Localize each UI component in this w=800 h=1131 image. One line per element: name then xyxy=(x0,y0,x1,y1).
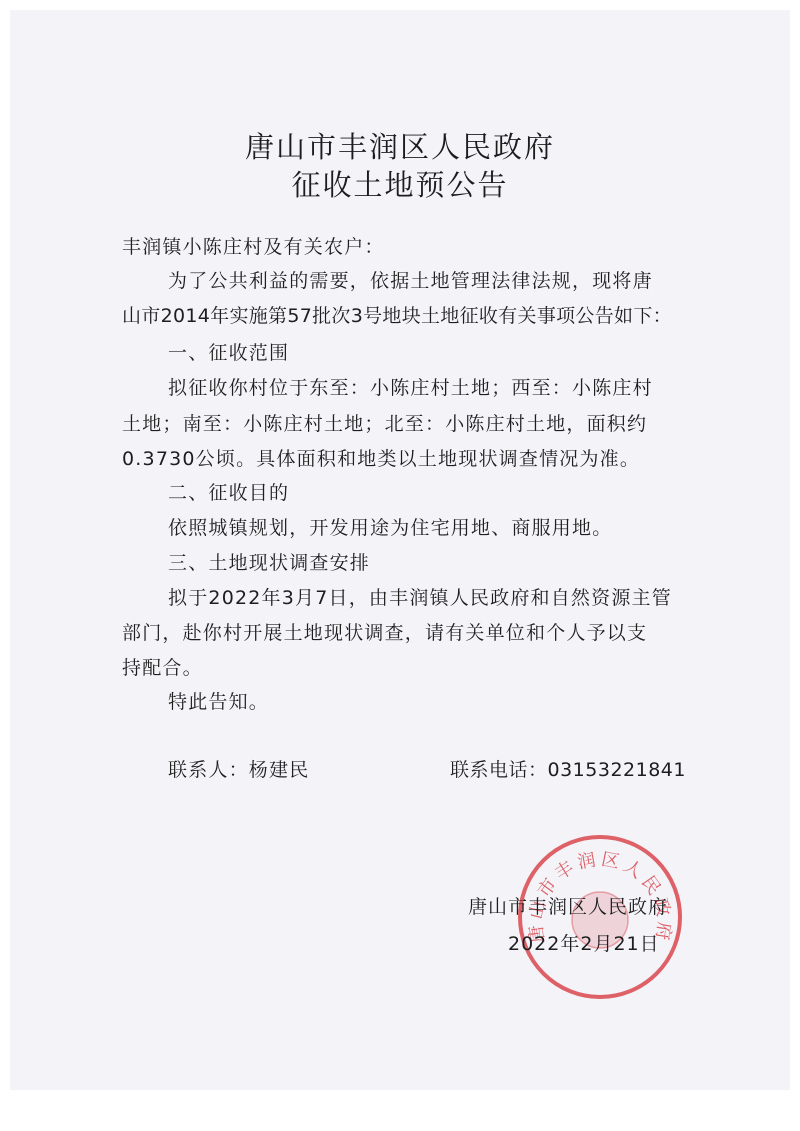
section-1-heading: 一、征收范围 xyxy=(168,338,289,365)
document-title: 征收土地预公告 xyxy=(0,163,800,204)
section-2-heading: 二、征收目的 xyxy=(168,478,289,505)
section-1-line-3: 0.3730公顷。具体面积和地类以土地现状调查情况为准。 xyxy=(122,444,640,471)
addressee: 丰润镇小陈庄村及有关农户： xyxy=(122,232,385,259)
document-title-issuer: 唐山市丰润区人民政府 xyxy=(0,125,800,166)
intro-line-1: 为了公共利益的需要，依据土地管理法律法规，现将唐 xyxy=(168,266,653,293)
section-3-line-2: 部门，赴你村开展土地现状调查，请有关单位和个人予以支 xyxy=(122,618,647,645)
signer-name: 唐山市丰润区人民政府 xyxy=(468,892,668,919)
closing-text: 特此告知。 xyxy=(168,687,269,714)
section-2-line-1: 依照城镇规划，开发用途为住宅用地、商服用地。 xyxy=(168,513,612,540)
issue-date: 2022年2月21日 xyxy=(508,929,660,956)
section-1-line-2: 土地；南至：小陈庄村土地；北至：小陈庄村土地，面积约 xyxy=(122,409,647,436)
contact-person: 联系人：杨建民 xyxy=(168,755,309,782)
section-3-heading: 三、土地现状调查安排 xyxy=(168,548,370,575)
section-1-line-1: 拟征收你村位于东至：小陈庄村土地；西至：小陈庄村 xyxy=(168,373,653,400)
intro-line-2: 山市2014年实施第57批次3号地块土地征收有关事项公告如下： xyxy=(122,301,672,328)
contact-phone: 联系电话：03153221841 xyxy=(450,755,686,782)
section-3-line-1: 拟于2022年3月7日，由丰润镇人民政府和自然资源主管 xyxy=(168,583,672,610)
section-3-line-3: 持配合。 xyxy=(122,653,203,680)
